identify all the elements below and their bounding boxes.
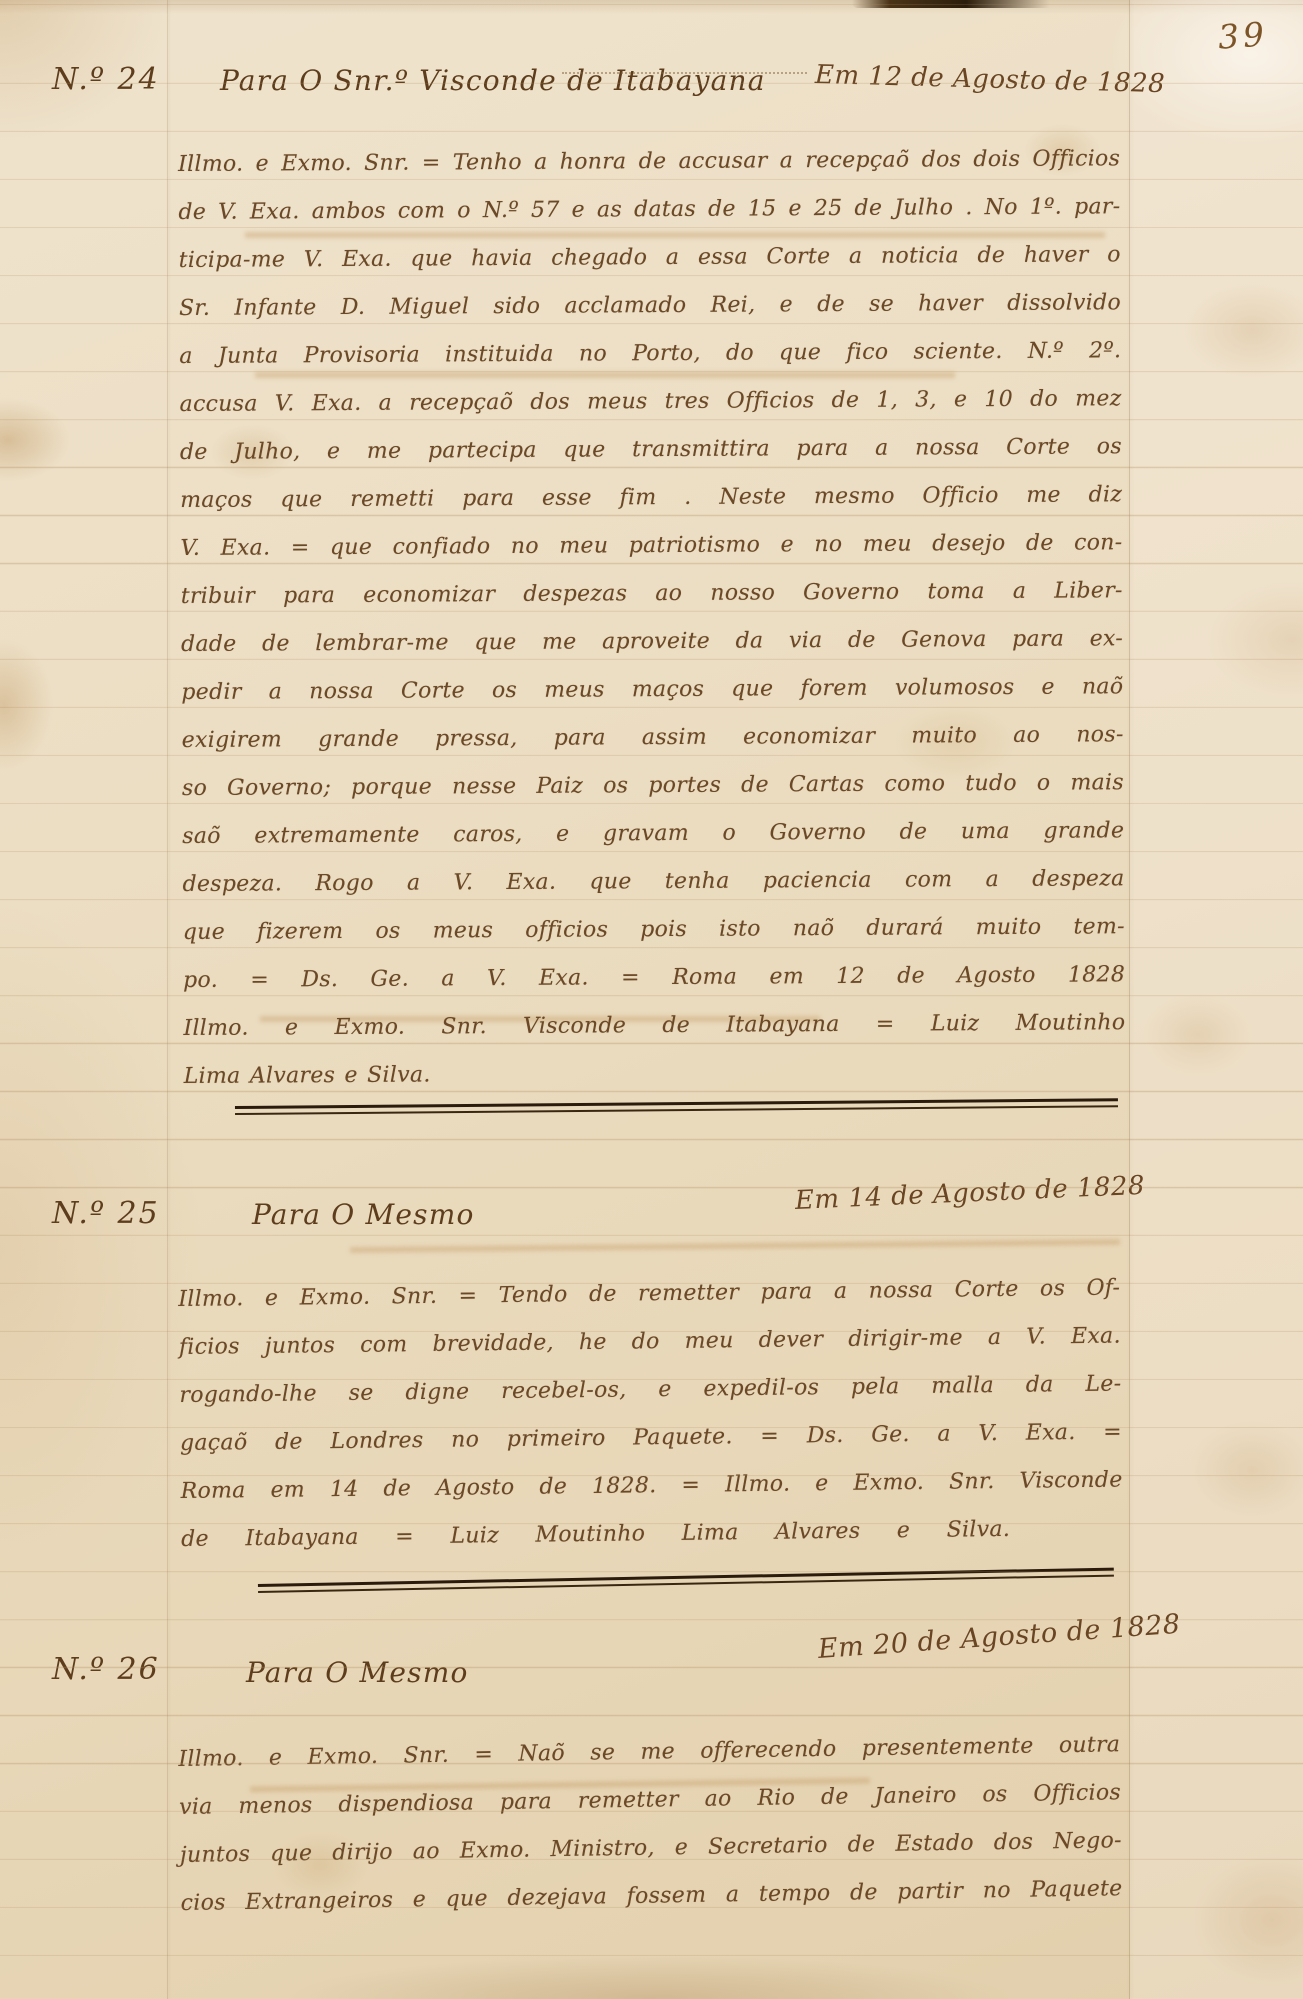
letter-body: Illmo. e Exmo. Snr. = Tenho a honra de a…: [178, 135, 1126, 1101]
manuscript-line: po. = Ds. Ge. a V. Exa. = Roma em 12 de …: [183, 951, 1125, 1005]
letter-body: Illmo. e Exmo. Snr. = Naõ se me offerece…: [178, 1721, 1123, 1928]
scan-edge-artifact: [852, 0, 1060, 8]
manuscript-line: tribuir para economizar despezas ao noss…: [181, 567, 1123, 621]
manuscript-line: de Julho, e me partecipa que transmittir…: [180, 423, 1122, 477]
right-margin-column: [1130, 0, 1303, 1999]
manuscript-line: V. Exa. = que confiado no meu patriotism…: [180, 519, 1122, 573]
manuscript-line: so Governo; porque nesse Paiz os portes …: [182, 759, 1124, 813]
entry-date: Em 14 de Agosto de 1828: [794, 1171, 1145, 1216]
manuscript-line: Illmo. e Exmo. Snr. Visconde de Itabayan…: [183, 999, 1125, 1053]
folio-number: 39: [1217, 14, 1270, 56]
right-margin-rule: [1129, 0, 1130, 1999]
entry-number: N.º 25: [52, 1196, 182, 1231]
entry-divider: [235, 1098, 1118, 1115]
ink-smudge: [350, 1239, 1120, 1253]
manuscript-line: ticipa-me V. Exa. que havia chegado a es…: [179, 231, 1121, 285]
signature-line: Lima Alvares e Silva.: [184, 1047, 1126, 1101]
entry-recipient: Para O Mesmo: [246, 1656, 469, 1689]
signature-line: de Itabayana = Luiz Moutinho Lima Alvare…: [181, 1506, 1010, 1564]
manuscript-line: a Junta Provisoria instituida no Porto, …: [179, 327, 1121, 381]
entry-recipient: Para O Mesmo: [252, 1198, 475, 1231]
manuscript-line: que fizerem os meus officios pois isto n…: [183, 903, 1125, 957]
manuscript-line: pedir a nossa Corte os meus maços que fo…: [181, 663, 1123, 717]
left-margin-rule: [167, 0, 168, 1999]
manuscript-line: despeza. Rogo a V. Exa. que tenha pacien…: [182, 855, 1124, 909]
manuscript-line: de V. Exa. ambos com o N.º 57 e as datas…: [178, 183, 1120, 237]
manuscript-line: Illmo. e Exmo. Snr. = Tenho a honra de a…: [178, 135, 1120, 189]
manuscript-line: maços que remetti para esse fim . Neste …: [180, 471, 1122, 525]
entry-number: N.º 24: [52, 62, 182, 97]
entry-recipient: Para O Snr.º Visconde de Itabayana: [220, 64, 766, 97]
entry-date: Em 20 de Agosto de 1828: [817, 1609, 1182, 1665]
manuscript-line: accusa V. Exa. a recepçaõ dos meus tres …: [179, 375, 1121, 429]
manuscript-page: 39 N.º 24 Para O Snr.º Visconde de Itaba…: [0, 0, 1303, 1999]
entry-divider: [258, 1568, 1114, 1593]
manuscript-line: dade de lembrar-me que me aproveite da v…: [181, 615, 1123, 669]
entry-number: N.º 26: [52, 1652, 182, 1687]
manuscript-line: exigirem grande pressa, para assim econo…: [182, 711, 1124, 765]
entry-date: Em 12 de Agosto de 1828: [815, 60, 1166, 99]
manuscript-line: Sr. Infante D. Miguel sido acclamado Rei…: [179, 279, 1121, 333]
letter-body: Illmo. e Exmo. Snr. = Tendo de remetter …: [178, 1264, 1123, 1563]
manuscript-line: saõ extremamente caros, e gravam o Gover…: [182, 807, 1124, 861]
